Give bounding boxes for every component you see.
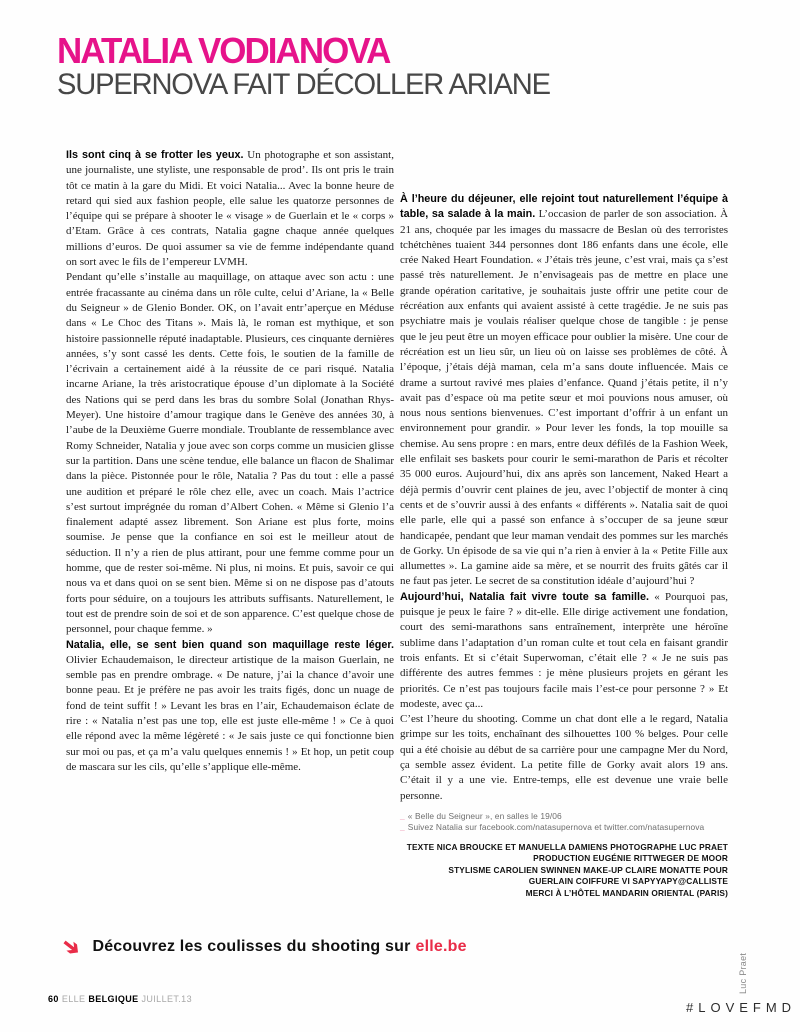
credits-line: PRODUCTION EUGÉNIE RITTWEGER DE MOOR: [400, 853, 728, 864]
paragraph: Aujourd’hui, Natalia fait vivre toute sa…: [400, 590, 728, 712]
page-number: 60: [48, 994, 59, 1004]
magazine-page: NATALIA VODIANOVA SUPERNOVA FAIT DÉCOLLE…: [0, 0, 800, 1032]
magazine-edition: BELGIQUE: [88, 994, 138, 1004]
paragraph-lead: Natalia, elle, se sent bien quand son ma…: [66, 639, 394, 651]
footnote-text: Suivez Natalia sur facebook.com/natasupe…: [408, 822, 705, 832]
article-right-column: À l’heure du déjeuner, elle rejoint tout…: [400, 192, 728, 899]
issue-date: JUILLET.13: [141, 994, 192, 1004]
photographer-credit-vertical: Luc Praet: [738, 924, 748, 994]
credits-line: MERCI À L’HÔTEL MANDARIN ORIENTAL (PARIS…: [400, 888, 728, 899]
credits-line: STYLISME CAROLIEN SWINNEN MAKE-UP CLAIRE…: [400, 865, 728, 876]
paragraph-text: L’occasion de parler de son association.…: [400, 208, 728, 587]
paragraph-text: Pendant qu’elle s’installe au maquillage…: [66, 271, 394, 635]
arrow-icon: ➔: [57, 933, 85, 962]
cta-label: Découvrez les coulisses du shooting sur: [92, 938, 410, 955]
magazine-name: ELLE: [62, 994, 86, 1004]
paragraph-text: Olivier Echaudemaison, le directeur arti…: [66, 654, 394, 773]
page-footer: 60ELLE BELGIQUE JUILLET.13: [48, 994, 192, 1004]
page-title: NATALIA VODIANOVA: [57, 33, 550, 69]
paragraph: Ils sont cinq à se frotter les yeux. Un …: [66, 148, 394, 270]
credits-line: GUERLAIN COIFFURE VI SAPYYAPY@CALLISTE: [400, 876, 728, 887]
page-subtitle: SUPERNOVA FAIT DÉCOLLER ARIANE: [57, 69, 550, 101]
credits-line: TEXTE NICA BROUCKE ET MANUELLA DAMIENS P…: [400, 842, 728, 853]
article-left-column: Ils sont cinq à se frotter les yeux. Un …: [66, 148, 394, 775]
cta-text: Découvrez les coulisses du shooting sure…: [92, 938, 466, 956]
paragraph-text: Un photographe et son assistant, une jou…: [66, 149, 394, 268]
paragraph: C’est l’heure du shooting. Comme un chat…: [400, 712, 728, 804]
footnote-marker: _: [400, 822, 405, 832]
paragraph: Natalia, elle, se sent bien quand son ma…: [66, 638, 394, 776]
footnote-marker: _: [400, 811, 405, 821]
cta-banner: ➔ Découvrez les coulisses du shooting su…: [62, 936, 467, 958]
paragraph: À l’heure du déjeuner, elle rejoint tout…: [400, 192, 728, 590]
footnote-text: « Belle du Seigneur », en salles le 19/0…: [408, 811, 562, 821]
credits-block: TEXTE NICA BROUCKE ET MANUELLA DAMIENS P…: [400, 842, 728, 899]
footnote-release-date: _« Belle du Seigneur », en salles le 19/…: [400, 811, 728, 822]
watermark-lovefmd: #LOVEFMD: [686, 1000, 796, 1015]
paragraph-lead: Aujourd’hui, Natalia fait vivre toute sa…: [400, 591, 649, 603]
footnotes: _« Belle du Seigneur », en salles le 19/…: [400, 811, 728, 833]
paragraph: Pendant qu’elle s’installe au maquillage…: [66, 270, 394, 637]
footnote-social-links: _Suivez Natalia sur facebook.com/natasup…: [400, 822, 728, 833]
paragraph-text: C’est l’heure du shooting. Comme un chat…: [400, 713, 728, 801]
paragraph-lead: Ils sont cinq à se frotter les yeux.: [66, 149, 244, 161]
article-header: NATALIA VODIANOVA SUPERNOVA FAIT DÉCOLLE…: [57, 33, 565, 101]
paragraph-text: « Pourquoi pas, puisque je peux le faire…: [400, 591, 728, 710]
cta-link-elle-be: elle.be: [416, 938, 467, 955]
